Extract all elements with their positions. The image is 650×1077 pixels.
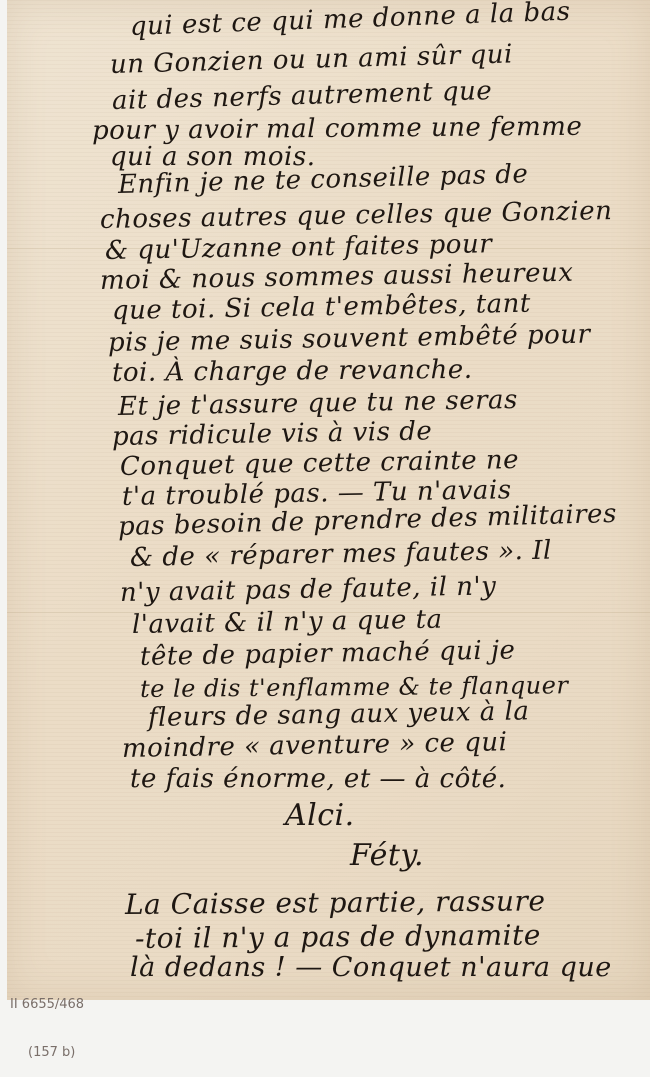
letter-line: toi. À charge de revanche. bbox=[112, 355, 473, 388]
letter-line: pour y avoir mal comme une femme bbox=[92, 112, 583, 146]
postscript-line: -toi il n'y a pas de dynamite bbox=[135, 918, 541, 955]
letter-line: l'avait & il n'y a que ta bbox=[132, 605, 443, 640]
signature-greeting: Alci. bbox=[285, 798, 355, 833]
postscript-line: La Caisse est partie, rassure bbox=[125, 884, 546, 921]
postscript-line: là dedans ! — Conquet n'aura que bbox=[130, 952, 612, 983]
letter-line: te fais énorme, et — à côté. bbox=[130, 764, 506, 794]
archive-shelfmark: II 6655/468 bbox=[10, 997, 84, 1007]
signature: Féty. bbox=[350, 838, 424, 873]
archive-mark: II 6655/468 (157 b) bbox=[10, 965, 84, 1007]
